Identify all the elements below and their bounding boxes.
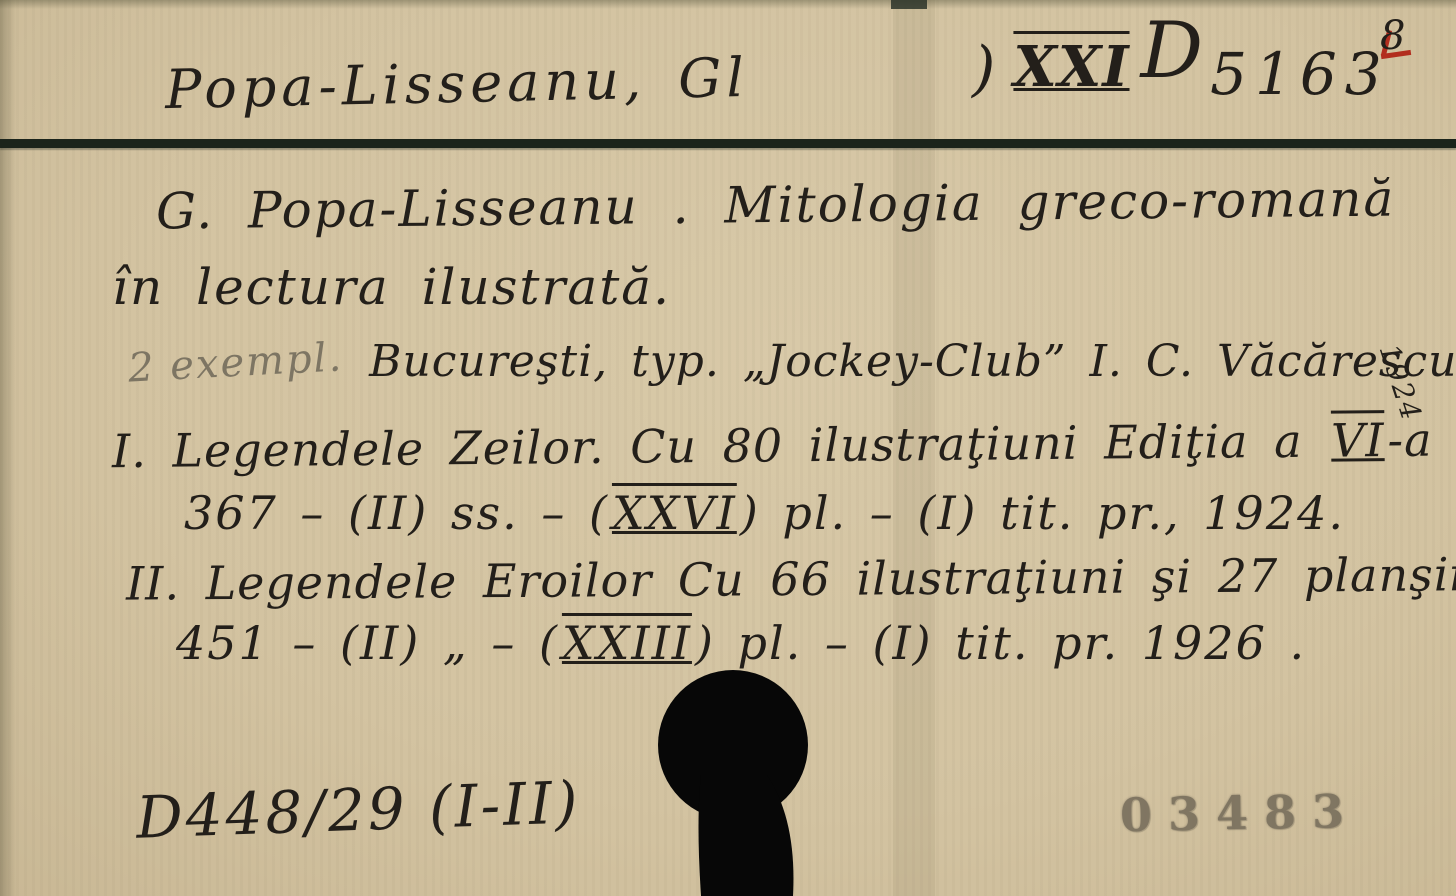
volume2-line: II. Legendele Eroilor Cu 66 ilustraţiuni… [126, 547, 1456, 610]
top-edge-notch [891, 0, 927, 9]
imprint-line: 2 exempl. Bucureşti, typ. „Jockey-Club” … [128, 336, 1456, 387]
title-line-2: în lectura ilustrată. [112, 258, 671, 316]
volume1-edition-roman: VI [1328, 413, 1388, 468]
volume1-text-end: -a pp. [1387, 412, 1456, 467]
call-number-roman: XXI [1010, 34, 1132, 100]
volume1-line: I. Legendele Zeilor. Cu 80 ilustraţiuni … [112, 412, 1456, 478]
imprint-text: Bucureşti, typ. „Jockey-Club” I. C. Văcă… [369, 336, 1456, 387]
volume1-collation-line: 367 – (II) ss. – (XXVI) pl. – (I) tit. p… [184, 486, 1345, 540]
punch-hole [600, 620, 900, 896]
header-rule [0, 139, 1456, 148]
call-number-digits: 5163 [1210, 40, 1390, 108]
collation1-text: 367 – (II) ss. – ( [184, 486, 609, 540]
collation1-text-end: ) pl. – (I) tit. pr., 1924. [740, 486, 1345, 540]
volume1-text: I. Legendele Zeilor. Cu 80 ilustraţiuni … [112, 414, 1329, 479]
corner-superscript: 8 [1380, 16, 1405, 56]
accession-stamp: 03483 [1120, 784, 1361, 842]
call-number-class-letter: D [1141, 20, 1205, 82]
shelf-mark: D448/29 (I-II) [135, 768, 582, 851]
collation2-text: 451 – (II) „ – ( [176, 616, 559, 670]
author-heading: Popa-Lisseanu, Gl [164, 46, 749, 121]
call-number-paren: ) [972, 34, 996, 104]
title-line-1: G. Popa-Lisseanu . Mitologia greco-roman… [156, 170, 1396, 241]
call-number: ) XXI D 5163 [972, 34, 1390, 108]
catalog-card: Popa-Lisseanu, Gl ) XXI D 5163 8 G. Popa… [0, 0, 1456, 896]
collation1-roman: XXVI [609, 486, 740, 540]
pencil-copies-note: 2 exempl. [127, 334, 344, 391]
